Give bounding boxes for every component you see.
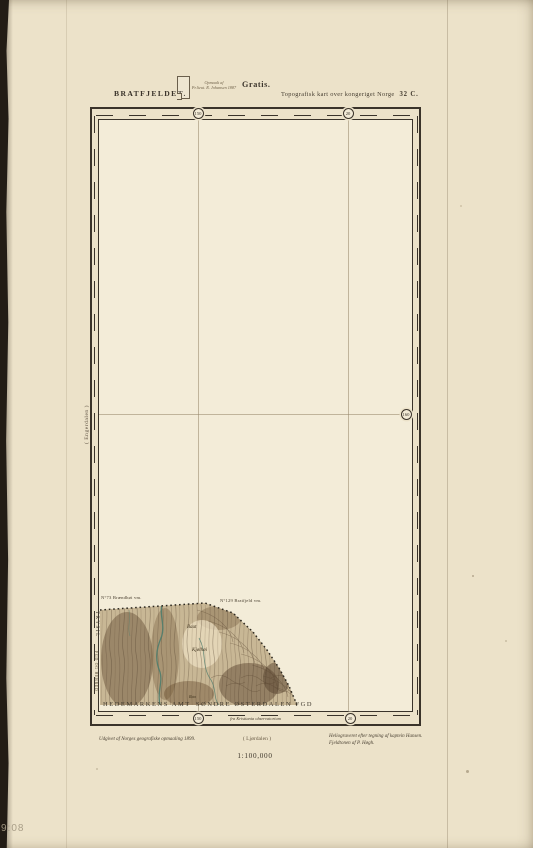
adjacent-sheet-label-left: ( Engerdalen ) — [84, 405, 90, 444]
engraving-credits: Heliograveret efter tegning af kaptein H… — [329, 734, 429, 747]
trig-point-label: N°73 Brændhøi vm. — [101, 595, 142, 600]
terrain-place-name: Røa — [189, 694, 196, 699]
frame-tick-band-right — [417, 116, 419, 715]
series-title: Topografisk kart over kongeriget Norge — [281, 91, 394, 98]
trig-point-label: N°129 Bratfjeld vm. — [220, 598, 262, 603]
terrain-map-fragment — [99, 120, 414, 712]
series-title-line: Topografisk kart over kongeriget Norge32… — [281, 91, 419, 98]
map-scale: 1:100,000 — [205, 752, 305, 760]
paper-speck — [472, 575, 474, 577]
engraving-credit-line1: Heliograveret efter tegning af kaptein H… — [329, 734, 429, 741]
scan-timestamp: 9:08 — [1, 823, 24, 834]
survey-note-line2: Pr.lieut. R. Johansen 1887 — [191, 85, 237, 90]
sheet-number: 32 C. — [399, 91, 418, 98]
paper-speck — [505, 640, 507, 642]
district-label-fgd: SØNDRE ØSTERDALEN FGD — [196, 701, 313, 708]
paper-speck — [466, 770, 469, 773]
paper-crease-line — [66, 0, 67, 848]
sheet-index-notch — [177, 93, 182, 100]
district-edge-label: TRYSIL — [94, 611, 99, 638]
district-edge-sublabel: PGD OG HERRED — [94, 651, 98, 692]
graticule-number-top-left: 150 — [193, 108, 204, 119]
paper-fold-line — [447, 0, 448, 848]
paper-speck — [96, 768, 98, 770]
graticule-number-bottom-left: 150 — [193, 713, 204, 724]
meridian-origin-note: fra Kristiania observatorium — [208, 716, 303, 721]
map-sheet-scan: 9:08 BRATFJELDET. Opmaalt af Pr.lieut. R… — [0, 0, 533, 848]
survey-note: Opmaalt af Pr.lieut. R. Johansen 1887 — [191, 80, 237, 90]
engraving-credit-line2: Fjeldtonen af P. Høgh. — [329, 741, 429, 748]
sheet-title: BRATFJELDET. — [114, 89, 187, 98]
adjacent-sheet-label-bottom: ( Ljørdalen ) — [228, 736, 286, 742]
graticule-number-top-right: 20 — [343, 108, 354, 119]
graticule-number-right: 160 — [401, 409, 412, 420]
terrain-place-name: Baut — [187, 625, 196, 630]
district-label-amt: HEDEMARKENS AMT — [103, 701, 191, 708]
publisher-imprint: Udgivet af Norges geografiske opmaaling … — [99, 737, 195, 742]
sheet-index-diagram — [177, 76, 190, 99]
gratis-label: Gratis. — [242, 80, 271, 89]
terrain-place-name: Kjølhøi — [192, 648, 207, 653]
graticule-number-bottom-right: 20 — [345, 713, 356, 724]
frame-tick-band-top — [96, 115, 415, 117]
paper-speck — [460, 205, 462, 207]
